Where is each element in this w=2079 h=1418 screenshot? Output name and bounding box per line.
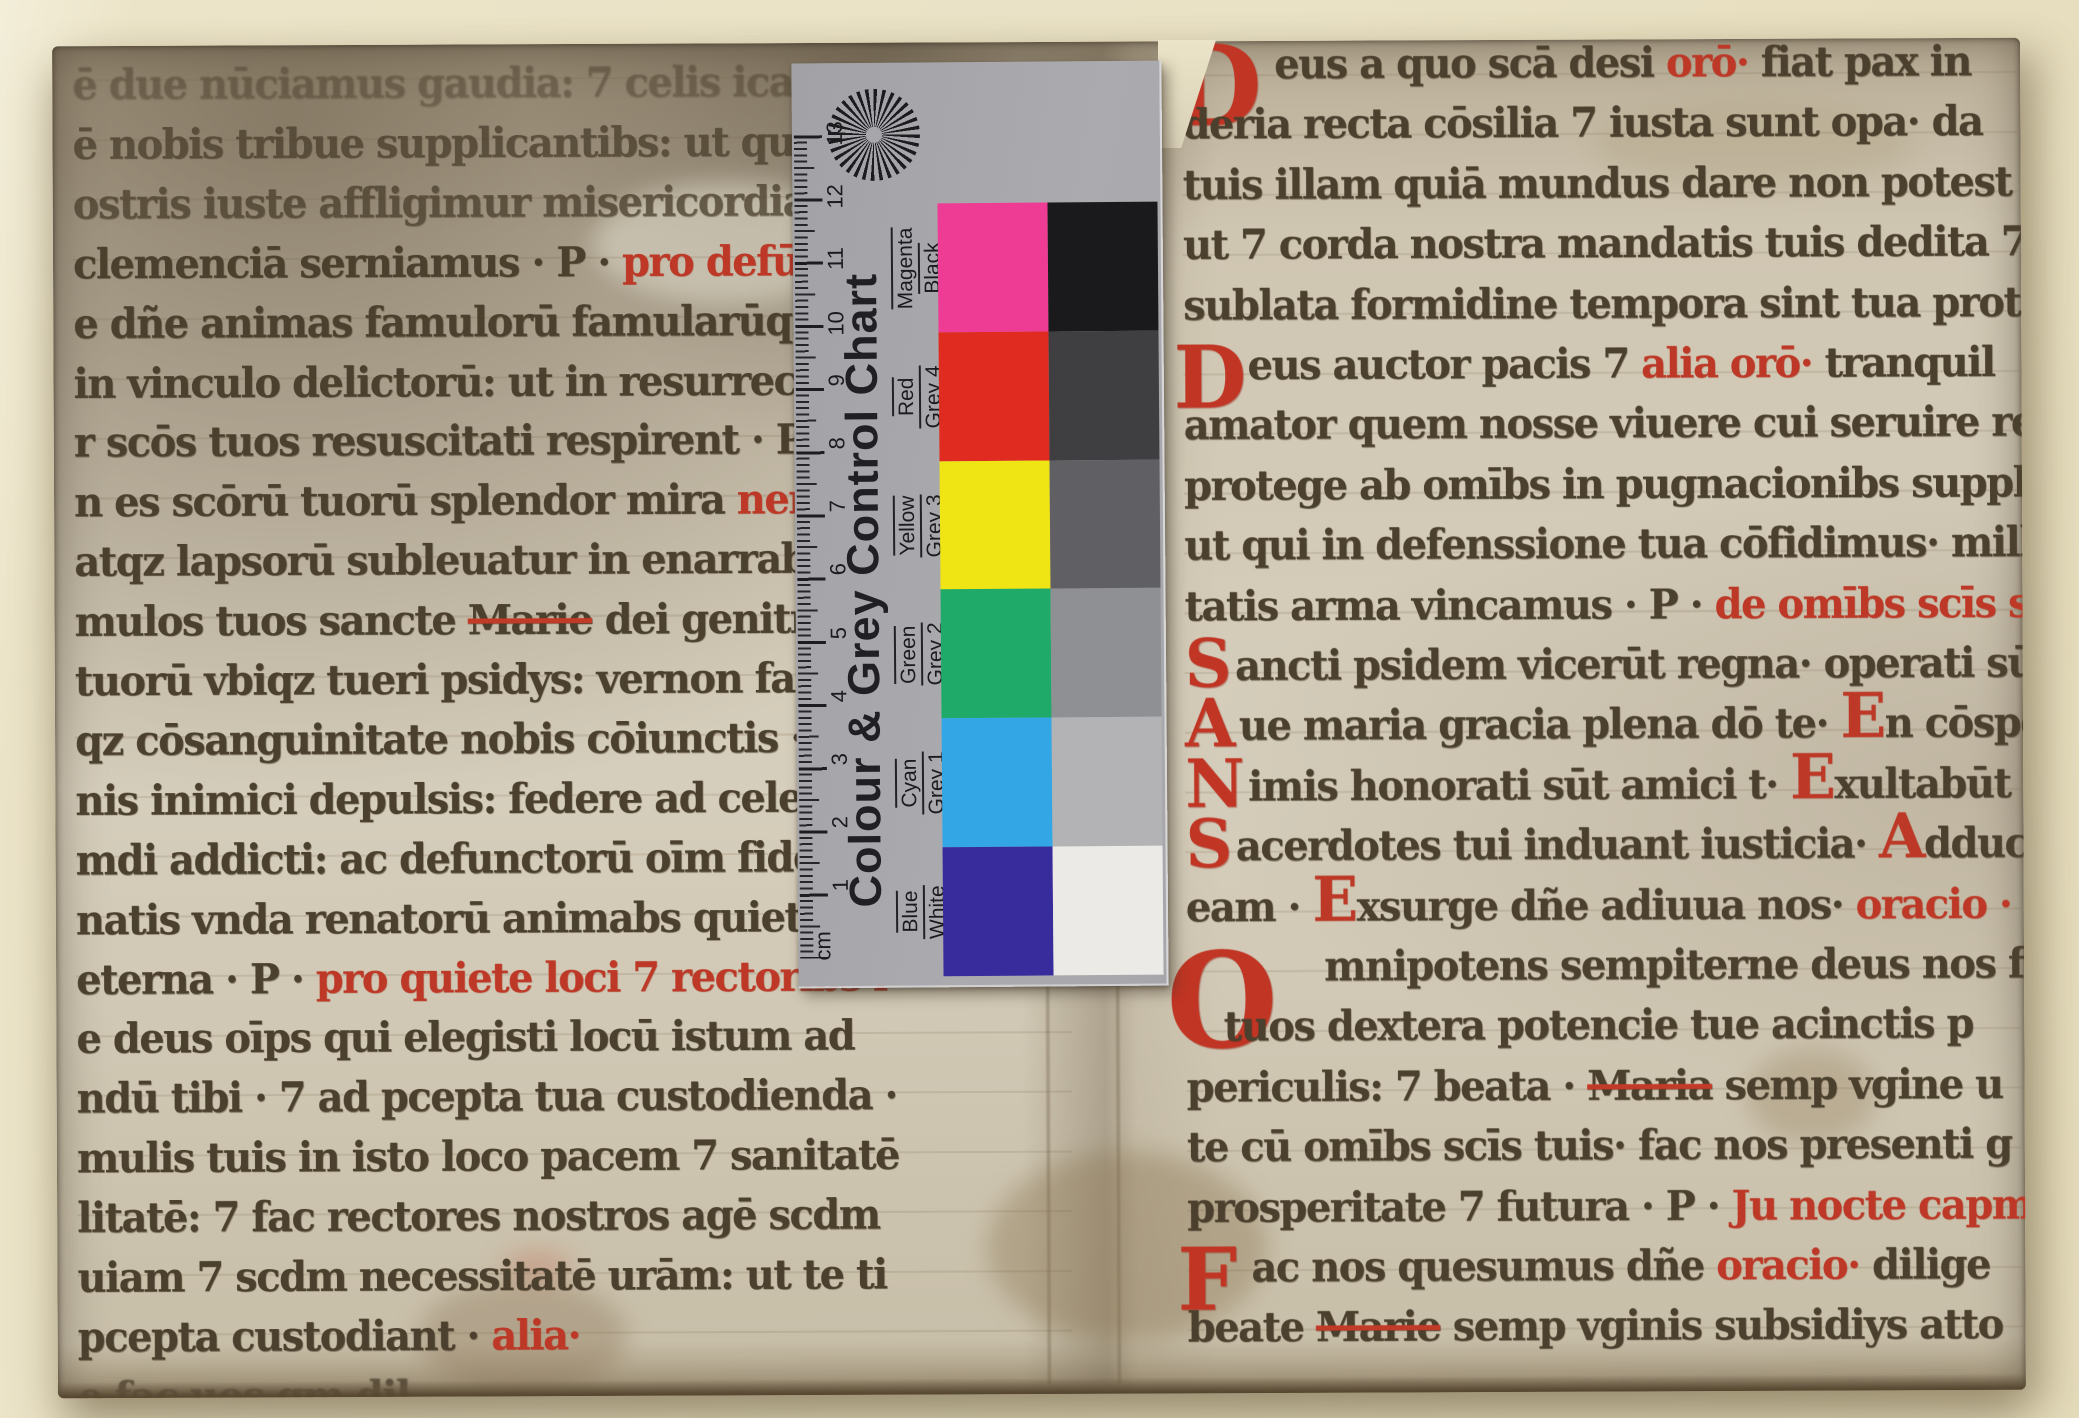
rubric-text: alia orō· bbox=[1641, 339, 1825, 388]
manuscript-line: tuis illam quiā mundus dare non potest bbox=[1183, 156, 2012, 219]
body-text: n cōspectu ang bbox=[1885, 698, 2026, 748]
body-text: in vinculo delictorū: ut in resurrectiō bbox=[73, 356, 852, 408]
body-text: ndū tibi · 7 ad pcepta tua custodienda · bbox=[77, 1071, 897, 1123]
manuscript-line: prosperitate 7 futura · P · Ju nocte cap… bbox=[1187, 1178, 2026, 1242]
manuscript-line: in vinculo delictorū: ut in resurrectiō bbox=[73, 355, 852, 418]
body-text: mulis tuis in isto loco pacem 7 sanitatē bbox=[77, 1131, 899, 1183]
manuscript-line: e deus oīps qui elegisti locū istum ad bbox=[76, 1011, 854, 1074]
body-text: eus auctor pacis 7 bbox=[1247, 339, 1641, 389]
manuscript-line: tuorū vbiqz tueri psidys: vernon fa bbox=[75, 653, 795, 716]
body-text: sublata formidine tempora sint tua prot bbox=[1183, 278, 2020, 330]
colour-name-label: Green bbox=[894, 625, 921, 684]
manuscript-line: sublata formidine tempora sint tua prot bbox=[1183, 277, 2020, 340]
manuscript-line: ē due nūciamus gaudia: 7 celis ica bbox=[72, 57, 793, 120]
rubric-text: orō· bbox=[1666, 38, 1761, 87]
body-text: tranquil bbox=[1824, 338, 1994, 387]
ruler-unit-label: cm bbox=[810, 931, 836, 961]
patch-grey-1 bbox=[1052, 717, 1163, 847]
chart-title: Colour & Grey Control Chart bbox=[834, 195, 892, 985]
rubric-text: E bbox=[1840, 681, 1885, 753]
manuscript-line: Fac nos quesumus dñe oracio· dilige bbox=[1187, 1239, 1990, 1302]
body-text: Maria bbox=[1587, 1061, 1712, 1110]
body-text: semp vgine u bbox=[1712, 1060, 2003, 1110]
rubric-text: A bbox=[1879, 801, 1924, 873]
body-text: ostris iuste affligimur misericordia t bbox=[73, 177, 837, 229]
body-text: tuos dextera potencie tue acinctis p bbox=[1186, 1000, 1973, 1052]
body-text: uiam 7 scdm necessitatē urām: ut te ti bbox=[77, 1250, 886, 1302]
manuscript-line: ostris iuste affligimur misericordia t bbox=[73, 176, 837, 239]
body-text: ue maria gracia plena dō te· bbox=[1239, 699, 1841, 750]
colour-name-label: Yellow bbox=[893, 496, 920, 556]
manuscript-line: litatē: 7 fac rectores nostros agē scdm bbox=[77, 1190, 880, 1253]
manuscript-line: protege ab omībs in pugnacionibs suppli bbox=[1184, 457, 2026, 520]
body-text: natis vnda renatorū animabs quietē bbox=[76, 893, 826, 945]
manuscript-line: mulos tuos sancte Marie dei genitric bbox=[74, 593, 846, 656]
colour-name-label: Red bbox=[892, 378, 919, 417]
manuscript-line: amator quem nosse viuere cui seruire reg bbox=[1184, 397, 2026, 461]
body-text: beate bbox=[1188, 1303, 1316, 1352]
manuscript-line: nis inimici depulsis: federe ad celeste bbox=[75, 772, 864, 835]
manuscript-line: beate Marie semp vginis subsidiys atto bbox=[1188, 1299, 2003, 1362]
body-text: dducēt reg bbox=[1924, 818, 2026, 867]
manuscript-line: tuos dextera potencie tue acinctis p bbox=[1186, 999, 1973, 1062]
manuscript-line: Deus auctor pacis 7 alia orō· tranquil bbox=[1183, 337, 1994, 400]
body-text: eterna · P · bbox=[76, 954, 316, 1003]
body-text: tatis arma vincamus · P · bbox=[1184, 580, 1714, 631]
body-text: n es scōrū tuorū splendor mira bbox=[74, 476, 737, 527]
manuscript-line: ut 7 corda nostra mandatis tuis dedita 7 bbox=[1183, 216, 2026, 279]
body-text: eus a quo scā desi bbox=[1274, 39, 1666, 89]
patch-blue bbox=[943, 846, 1054, 976]
rubric-text: de omībs scīs s bbox=[1714, 578, 2026, 628]
body-text: nis inimici depulsis: federe ad celeste bbox=[75, 773, 864, 825]
patch-green bbox=[941, 589, 1052, 719]
body-text: mnipotens sempiterne deus nos fam bbox=[1324, 939, 2026, 991]
rubric-text: E bbox=[1790, 741, 1835, 813]
manuscript-line: qz cōsanguinitate nobis cōiunctis · bbox=[75, 713, 803, 776]
photo-scene: ē due nūciamus gaudia: 7 celis icaē nobi… bbox=[0, 0, 2079, 1418]
body-text: dilige bbox=[1872, 1240, 1990, 1289]
body-text: e deus oīps qui elegisti locū istum ad bbox=[76, 1012, 854, 1064]
manuscript-line: e dñe animas famulorū famularūqz t bbox=[73, 295, 842, 358]
body-text: xultabūt scī in g bbox=[1834, 758, 2026, 808]
right-page-text: Deus a quo scā desi orō· fiat pax inderi… bbox=[1182, 38, 2023, 1399]
body-text: amator quem nosse viuere cui seruire reg bbox=[1184, 398, 2026, 450]
colour-name-label: Magenta bbox=[891, 227, 919, 309]
manuscript-line: periculis: 7 beata · Maria semp vgine u bbox=[1187, 1059, 2003, 1122]
rubric-text: E bbox=[1312, 863, 1357, 935]
manuscript-line: pcepta custodiant · alia· bbox=[78, 1310, 581, 1372]
manuscript-line: deria recta cōsilia 7 iusta sunt opa· da bbox=[1182, 96, 1982, 159]
body-text: atqz lapsorū subleuatur in enarrabil bbox=[74, 535, 834, 587]
body-text: te cū omībs scīs tuis· fac nos presenti … bbox=[1187, 1120, 2012, 1172]
manuscript-line: mdi addicti: ac defunctorū oīm fide bbox=[76, 832, 817, 895]
manuscript-line: Sancti psidem vicerūt regna· operati sū bbox=[1185, 637, 2026, 700]
body-text: tuorū vbiqz tueri psidys: vernon fa bbox=[75, 654, 795, 706]
body-text: imis honorati sūt amici t· bbox=[1248, 760, 1790, 811]
body-text: xsurge dñe adiuua nos· bbox=[1356, 880, 1855, 931]
manuscript-line: natis vnda renatorū animabs quietē bbox=[76, 892, 826, 955]
manuscript-line: Omnipotens sempiterne deus nos fam bbox=[1186, 938, 2026, 1002]
body-text: prosperitate 7 futura · P · bbox=[1187, 1181, 1732, 1232]
body-text: ac nos quesumus dñe bbox=[1251, 1241, 1716, 1291]
body-text: qz cōsanguinitate nobis cōiunctis · bbox=[75, 714, 803, 766]
body-text: e dñe animas famulorū famularūqz t bbox=[73, 296, 842, 348]
starburst-icon bbox=[828, 88, 921, 181]
manuscript-line: eterna · P · pro quiete loci 7 rectoribs… bbox=[76, 951, 887, 1014]
body-text: protege ab omībs in pugnacionibs suppli bbox=[1184, 458, 2026, 510]
body-text: semp vginis subsidiys atto bbox=[1440, 1300, 2003, 1351]
manuscript-line: mulis tuis in isto loco pacem 7 sanitatē bbox=[77, 1130, 899, 1193]
manuscript-line: clemenciā serniamus · P · pro defūctis· bbox=[73, 235, 887, 298]
rubric-text: oracio· bbox=[1716, 1241, 1872, 1290]
patch-grey-4 bbox=[1048, 330, 1159, 460]
body-text: ē nobis tribue supplicantibs: ut quib bbox=[72, 117, 834, 169]
patch-black bbox=[1047, 202, 1158, 332]
patch-grey-2 bbox=[1051, 588, 1162, 718]
body-text: ut 7 corda nostra mandatis tuis dedita 7 bbox=[1183, 217, 2026, 269]
patch-red bbox=[938, 331, 1049, 461]
manuscript-line: ut qui in defenssione tua cōfidimus· mil… bbox=[1184, 517, 2026, 581]
colour-name-label: Blue bbox=[896, 891, 923, 933]
body-text: fiat pax in bbox=[1761, 38, 1971, 87]
manuscript-line: n es scōrū tuorū splendor mira nerali bbox=[74, 474, 860, 537]
rubric-text: oracio · bbox=[1855, 879, 2011, 928]
chart-title-text: Colour & Grey Control Chart bbox=[835, 272, 892, 907]
body-text: mdi addicti: ac defunctorū oīm fide bbox=[76, 833, 817, 885]
manuscript-line: uiam 7 scdm necessitatē urām: ut te ti bbox=[77, 1249, 886, 1312]
body-text: Marie bbox=[468, 595, 593, 644]
manuscript-line: r scōs tuos resuscitati respirent · P · … bbox=[74, 414, 892, 477]
body-text: Marie bbox=[1316, 1303, 1441, 1352]
body-text: r scōs tuos resuscitati respirent · P · bbox=[74, 415, 842, 467]
manuscript-line: ē nobis tribue supplicantibs: ut quib bbox=[72, 116, 835, 179]
manuscript-line: Deus a quo scā desi orō· fiat pax in bbox=[1182, 38, 1971, 100]
body-text: ancti psidem vicerūt regna· operati sū bbox=[1235, 638, 2026, 690]
body-text: clemenciā serniamus · P · bbox=[73, 237, 622, 288]
patch-grey-3 bbox=[1049, 459, 1160, 589]
patch-white bbox=[1053, 846, 1164, 976]
patch-cyan bbox=[942, 718, 1053, 848]
rubric-text: Ju nocte capm bbox=[1731, 1180, 2026, 1230]
body-text: tuis illam quiā mundus dare non potest bbox=[1183, 157, 2012, 209]
patch-yellow bbox=[939, 460, 1050, 590]
body-text: ē due nūciamus gaudia: 7 celis ica bbox=[72, 58, 793, 110]
manuscript-line: te cū omībs scīs tuis· fac nos presenti … bbox=[1187, 1119, 2012, 1182]
colour-name-label: Cyan bbox=[895, 759, 922, 808]
manuscript-line: Aue maria gracia plena dō te· En cōspect… bbox=[1185, 697, 2026, 761]
manuscript-line: tatis arma vincamus · P · de omībs scīs … bbox=[1184, 577, 2026, 640]
rubric-text: alia· bbox=[491, 1311, 580, 1360]
patch-magenta bbox=[937, 202, 1048, 332]
body-text: litatē: 7 fac rectores nostros agē scdm bbox=[77, 1191, 880, 1243]
body-text: ut qui in defenssione tua cōfidimus· mil… bbox=[1184, 518, 2026, 570]
colour-control-chart: cm 12345678910111213 Colour & Grey Contr… bbox=[791, 61, 1168, 989]
body-text: deria recta cōsilia 7 iusta sunt opa· da bbox=[1182, 97, 1982, 149]
manuscript-line: ndū tibi · 7 ad pcepta tua custodienda · bbox=[77, 1070, 898, 1133]
manuscript-line: atqz lapsorū subleuatur in enarrabil bbox=[74, 534, 834, 597]
body-text: pcepta custodiant · bbox=[78, 1312, 492, 1362]
body-text: mulos tuos sancte bbox=[74, 596, 467, 646]
manuscript-line: eam · Exsurge dñe adiuua nos· oracio · bbox=[1186, 878, 2012, 941]
body-text: periculis: 7 beata · bbox=[1187, 1061, 1588, 1111]
